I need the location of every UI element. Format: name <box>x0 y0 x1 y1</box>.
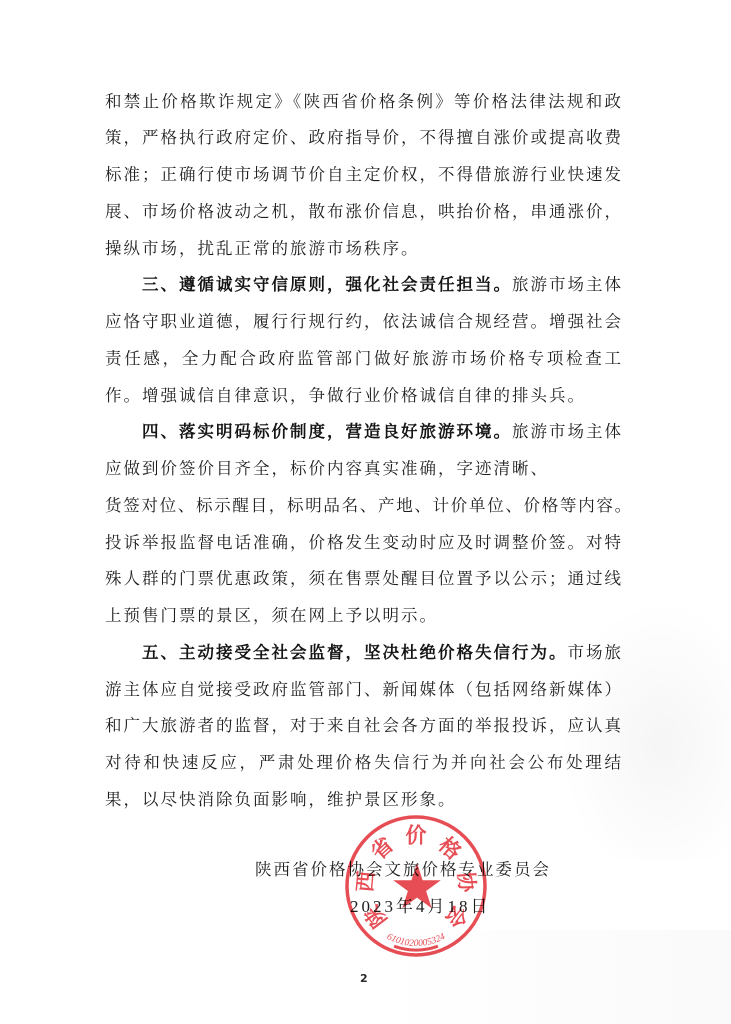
paragraph-section-4: 四、落实明码标价制度，营造良好旅游环境。旅游市场主体 应做到价签价目齐全，标价内… <box>105 414 623 635</box>
paragraph-section-5: 五、主动接受全社会监督，坚决杜绝价格失信行为。市场旅 游主体应自觉接受政府监管部… <box>105 635 623 819</box>
text-line: 三、遵循诚实守信原则，强化社会责任担当。旅游市场主体 <box>105 267 623 304</box>
text-line: 展、市场价格波动之机，散布涨价信息，哄抬价格，串通涨价， <box>105 194 623 231</box>
text-line: 和禁止价格欺诈规定》《陕西省价格条例》等价格法律法规和政 <box>105 84 623 121</box>
text-line: 货签对位、标示醒目，标明品名、产地、计价单位、价格等内容。 <box>105 488 623 525</box>
signature-organization: 陕西省价格协会文旅价格专业委员会 <box>255 852 551 888</box>
text-line: 和广大旅游者的监督，对于来自社会各方面的举报投诉，应认真 <box>105 708 623 745</box>
seal-code: 6101020005324 <box>385 932 447 949</box>
text-run: 旅游市场主体 <box>512 422 623 441</box>
text-line: 应恪守职业道德，履行行规行约，依法诚信合规经营。增强社会 <box>105 304 623 341</box>
text-run: 旅游市场主体 <box>512 275 623 294</box>
text-line: 上预售门票的景区，须在网上予以明示。 <box>105 598 623 635</box>
paragraph-section-3: 三、遵循诚实守信原则，强化社会责任担当。旅游市场主体 应恪守职业道德，履行行规行… <box>105 267 623 414</box>
text-line: 殊人群的门票优惠政策，须在售票处醒目位置予以公示；通过线 <box>105 561 623 598</box>
text-line: 对待和快速反应，严肃处理价格失信行为并向社会公布处理结 <box>105 745 623 782</box>
text-line: 标准；正确行使市场调节价自主定价权，不得借旅游行业快速发 <box>105 157 623 194</box>
section-heading: 五、主动接受全社会监督，坚决杜绝价格失信行为。 <box>142 643 568 662</box>
document-body: 和禁止价格欺诈规定》《陕西省价格条例》等价格法律法规和政 策，严格执行政府定价、… <box>105 84 623 819</box>
text-run: 市场旅 <box>568 643 624 662</box>
text-line: 投诉举报监督电话准确，价格发生变动时应及时调整价签。对特 <box>105 525 623 562</box>
text-line: 作。增强诚信自律意识，争做行业价格诚信自律的排头兵。 <box>105 378 623 415</box>
seal-char: 价 <box>406 823 427 848</box>
document-page: 和禁止价格欺诈规定》《陕西省价格条例》等价格法律法规和政 策，严格执行政府定价、… <box>0 0 731 1024</box>
paragraph-continuation: 和禁止价格欺诈规定》《陕西省价格条例》等价格法律法规和政 策，严格执行政府定价、… <box>105 84 623 268</box>
text-line: 责任感，全力配合政府监管部门做好旅游市场价格专项检查工 <box>105 341 623 378</box>
text-line: 四、落实明码标价制度，营造良好旅游环境。旅游市场主体 <box>105 414 623 451</box>
scan-shadow <box>380 930 731 1024</box>
text-line: 策，严格执行政府定价、政府指导价，不得擅自涨价或提高收费 <box>105 120 623 157</box>
seal-bottom-band <box>394 946 438 950</box>
text-line: 操纵市场，扰乱正常的旅游市场秩序。 <box>105 231 623 268</box>
signature-date: 2023年4月18日 <box>350 889 491 925</box>
text-line: 游主体应自觉接受政府监管部门、新闻媒体（包括网络新媒体） <box>105 672 623 709</box>
section-heading: 四、落实明码标价制度，营造良好旅游环境。 <box>142 422 512 441</box>
section-heading: 三、遵循诚实守信原则，强化社会责任担当。 <box>142 275 512 294</box>
page-number: 2 <box>360 972 368 985</box>
text-line: 五、主动接受全社会监督，坚决杜绝价格失信行为。市场旅 <box>105 635 623 672</box>
text-line: 应做到价签价目齐全，标价内容真实准确，字迹清晰、 <box>105 451 623 488</box>
text-line: 果，以尽快消除负面影响，维护景区形象。 <box>105 782 623 819</box>
